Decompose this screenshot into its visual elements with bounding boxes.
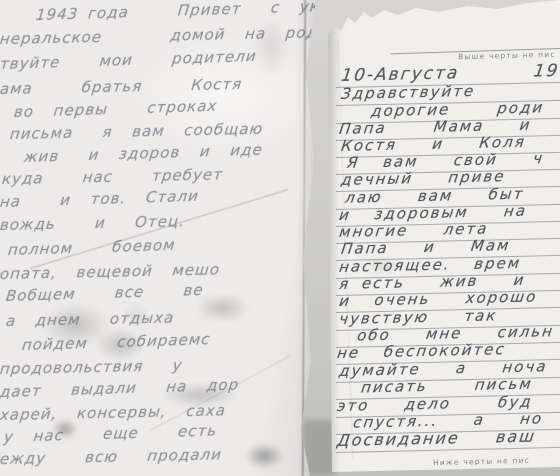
handwritten-line: вождь и Отец. [0,212,186,234]
printed-footer-do-not-write-below: Ниже черты не пис [433,456,530,468]
handwritten-line: полном боевом [7,236,177,259]
handwritten-line: продовольствия у [0,356,184,378]
handwritten-line: у нас еще есть [3,421,218,446]
right-letter-page: Выше черты не пис 10-Августа 19 Здравств… [328,0,560,476]
handwritten-line: жив и здоров и иде [23,141,264,166]
handwritten-line: опата, вещевой мешо [0,260,221,283]
handwritten-line: во первы строках [13,97,218,121]
handwritten-line: письма я вам сообщаю [9,120,264,143]
stain [185,288,260,328]
stain [48,415,82,443]
photo-of-handwritten-letters: 1943 года Привет с укр неральское домой … [0,0,560,476]
handwritten-line: Досвидание ваш [336,426,537,451]
stain [358,250,408,280]
printed-header-do-not-write-above: Выше черты не пис [458,50,556,62]
left-letter-page: 1943 года Привет с укр неральское домой … [0,0,322,476]
handwritten-line: ама братья Костя [0,75,243,98]
handwritten-line: твуйте мои родители [0,47,258,73]
stain [246,6,296,90]
stain [116,300,156,330]
ruled-line: Досвидание ваш [336,426,560,453]
stain [238,438,290,474]
page-edge-shadow [296,0,322,476]
handwritten-line: ежду всю продали [0,445,223,468]
stain [85,322,155,367]
handwritten-line: куда нас требует [1,165,224,188]
handwritten-line: на и тов. Стали [0,187,200,211]
